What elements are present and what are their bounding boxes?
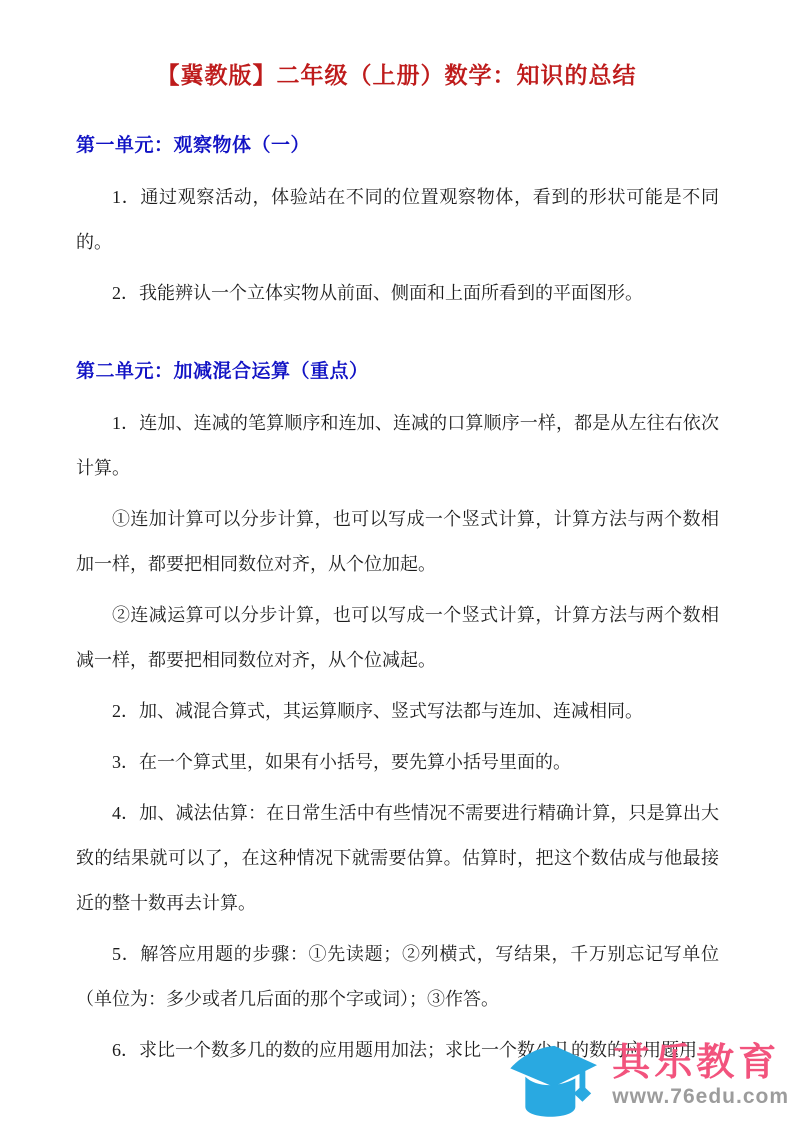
paragraph: 4．加、减法估算：在日常生活中有些情况不需要进行精确计算，只是算出大致的结果就可…	[76, 791, 719, 926]
document-title: 【冀教版】二年级（上册）数学：知识的总结	[0, 0, 793, 90]
document-page: 【冀教版】二年级（上册）数学：知识的总结 第一单元：观察物体（一） 1．通过观察…	[0, 0, 793, 1122]
paragraph: 1．连加、连减的笔算顺序和连加、连减的口算顺序一样，都是从左往右依次计算。	[76, 401, 719, 491]
brand-name: 其乐教育	[612, 1044, 780, 1082]
site-watermark: 其乐教育 www.76edu.com	[502, 1040, 789, 1122]
paragraph: 1．通过观察活动，体验站在不同的位置观察物体，看到的形状可能是不同的。	[76, 175, 719, 265]
paragraph: ①连加计算可以分步计算，也可以写成一个竖式计算，计算方法与两个数相加一样，都要把…	[76, 497, 719, 587]
paragraph: 2．加、减混合算式，其运算顺序、竖式写法都与连加、连减相同。	[76, 689, 719, 734]
brand-url: www.76edu.com	[612, 1085, 789, 1109]
paragraph: 5．解答应用题的步骤：①先读题；②列横式，写结果，千万别忘记写单位（单位为：多少…	[76, 932, 719, 1022]
graduation-cap-icon	[502, 1040, 602, 1122]
paragraph: ②连减运算可以分步计算，也可以写成一个竖式计算，计算方法与两个数相减一样，都要把…	[76, 593, 719, 683]
section-2-heading: 第二单元：加减混合运算（重点）	[76, 356, 719, 383]
document-body: 第一单元：观察物体（一） 1．通过观察活动，体验站在不同的位置观察物体，看到的形…	[76, 130, 719, 1073]
paragraph: 3．在一个算式里，如果有小括号，要先算小括号里面的。	[76, 740, 719, 785]
watermark-text: 其乐教育 www.76edu.com	[612, 1040, 789, 1109]
section-1-heading: 第一单元：观察物体（一）	[76, 130, 719, 157]
paragraph: 2．我能辨认一个立体实物从前面、侧面和上面所看到的平面图形。	[76, 271, 719, 316]
